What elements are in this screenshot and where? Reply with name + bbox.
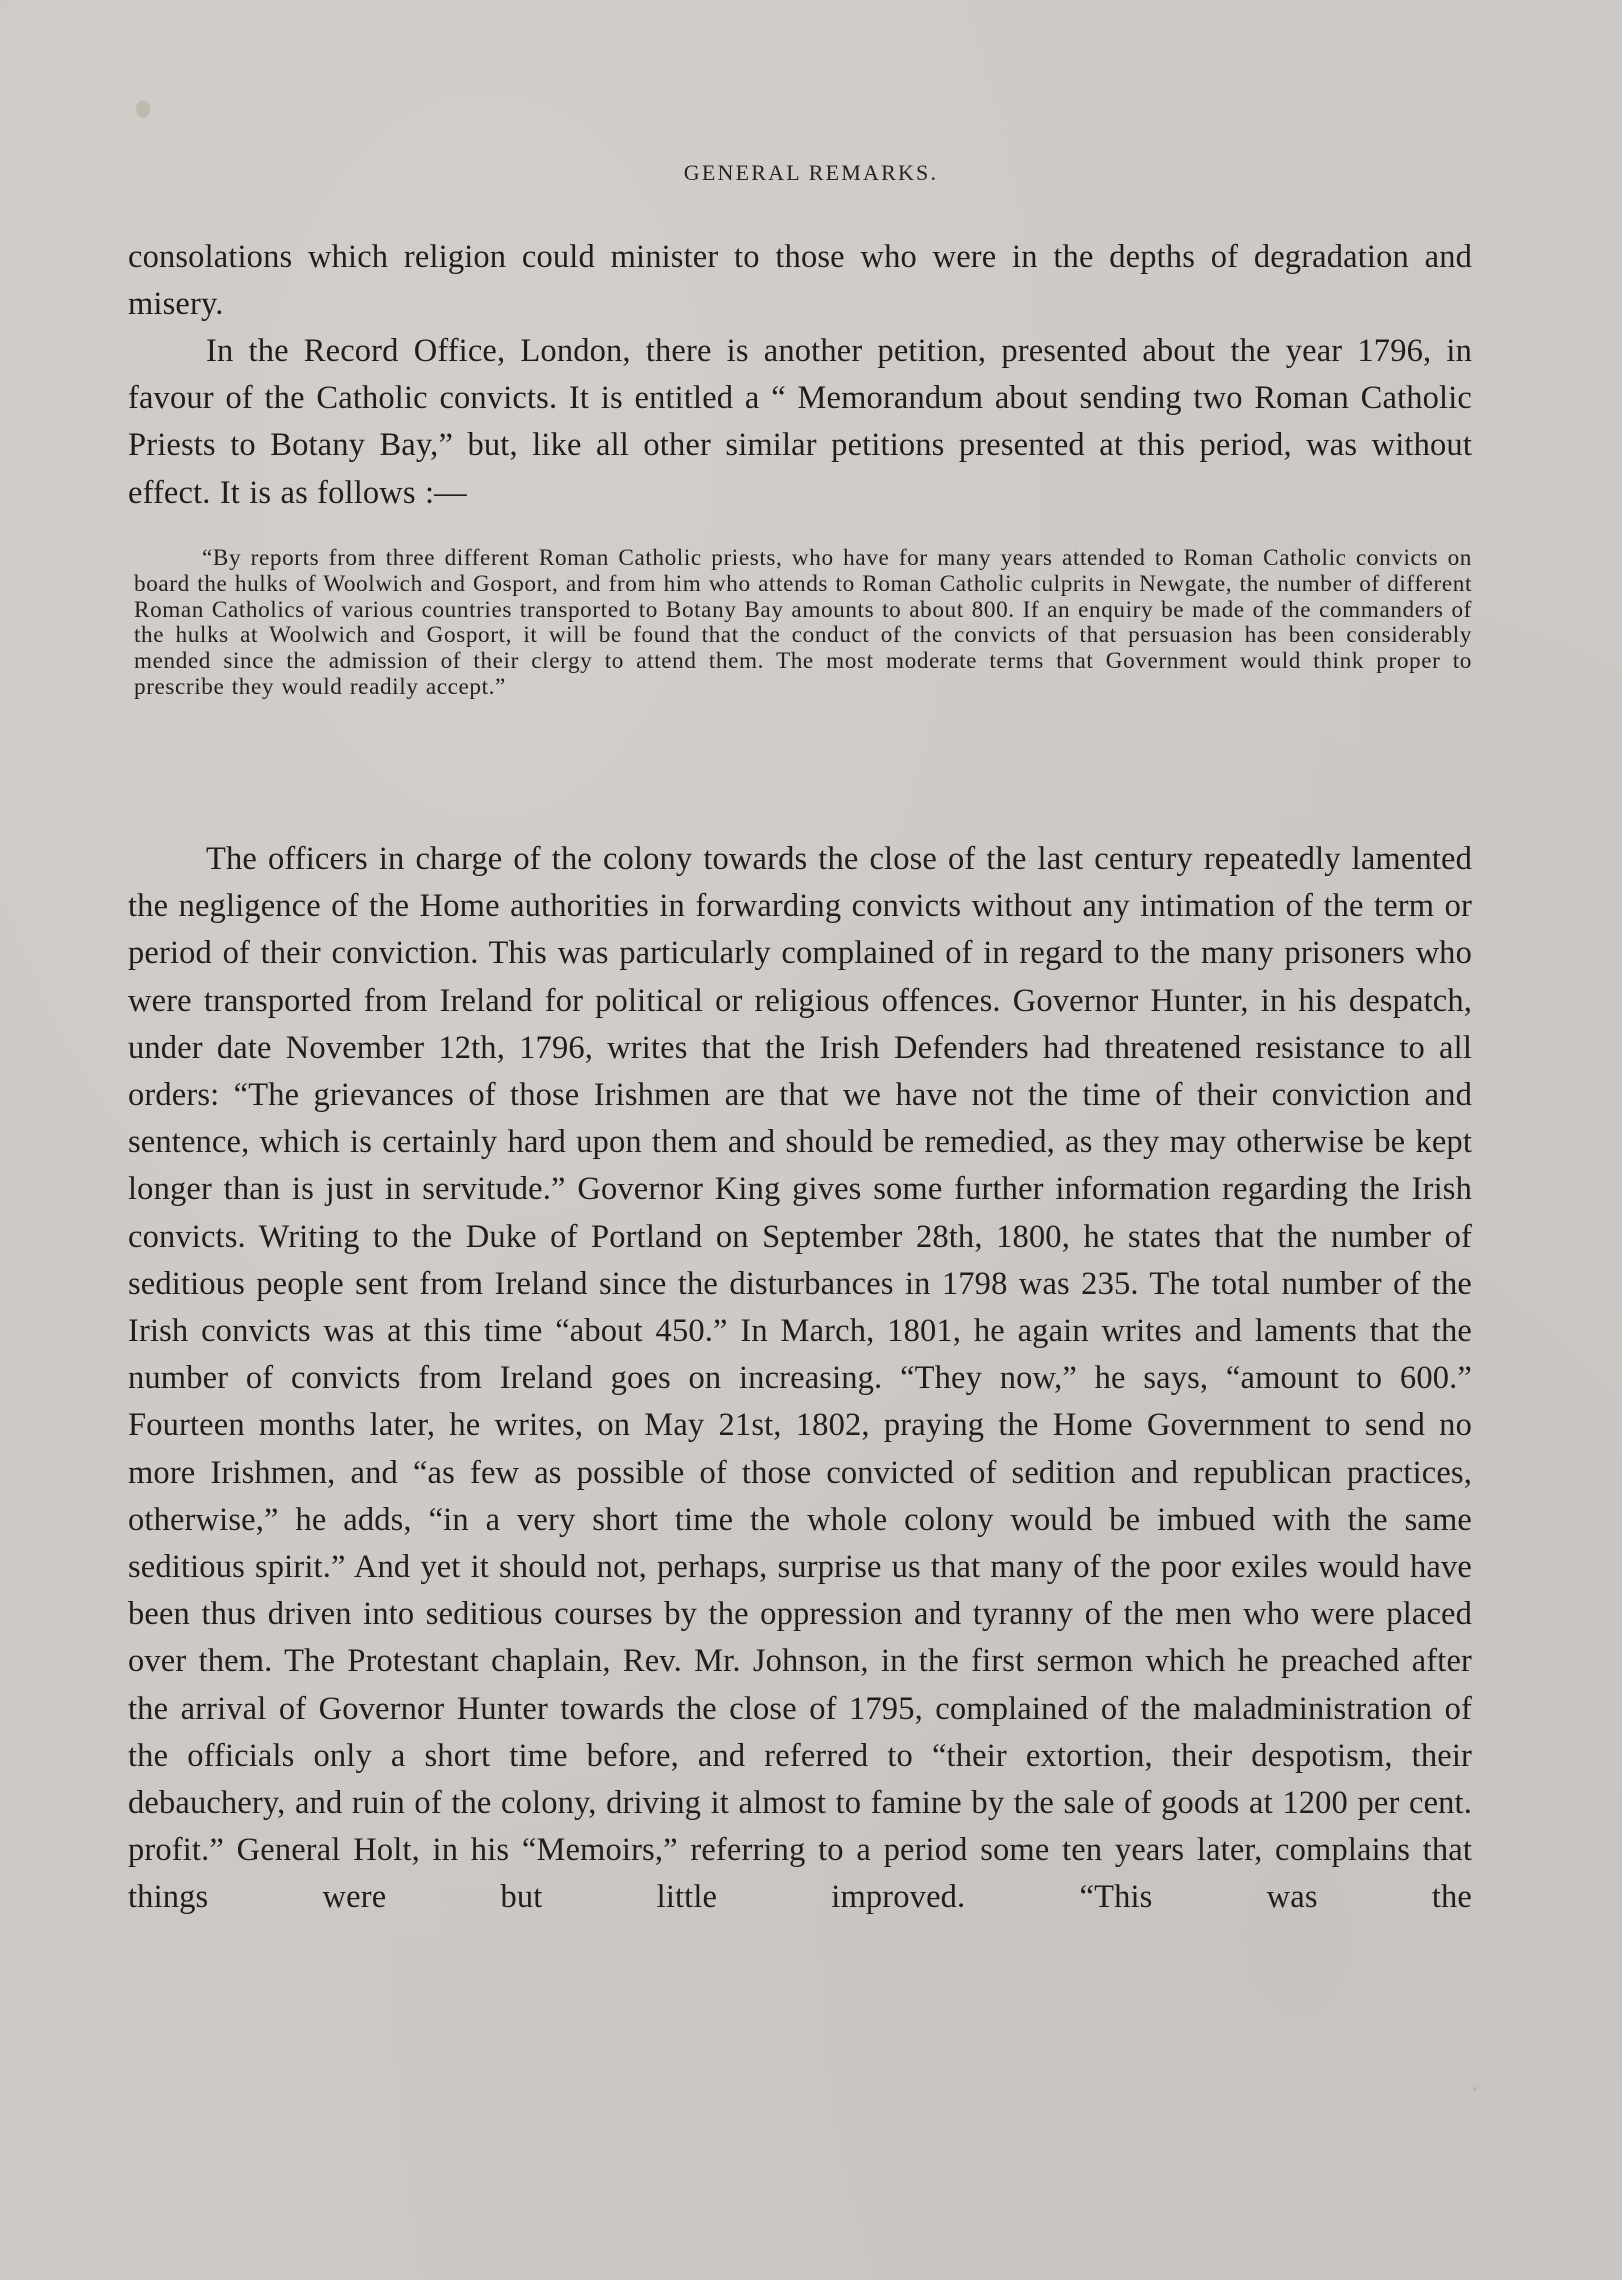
paragraph-officers: The officers in charge of the colony tow… [128, 836, 1472, 1922]
block-quote-memorandum: “By reports from three different Roman C… [134, 546, 1472, 701]
paper-stain [136, 100, 150, 118]
paragraph-text: consolations which religion could minist… [128, 234, 1472, 328]
paper-stain [1473, 2087, 1477, 2091]
paragraph-record-office: In the Record Office, London, there is a… [128, 328, 1472, 517]
paragraph-text: The officers in charge of the colony tow… [128, 836, 1472, 1922]
quote-text: “By reports from three different Roman C… [134, 546, 1472, 701]
paragraph-text: In the Record Office, London, there is a… [128, 328, 1472, 517]
paragraph-continuation: consolations which religion could minist… [128, 234, 1472, 328]
running-head: GENERAL REMARKS. [0, 160, 1622, 186]
book-page: GENERAL REMARKS. consolations which reli… [0, 0, 1622, 2280]
